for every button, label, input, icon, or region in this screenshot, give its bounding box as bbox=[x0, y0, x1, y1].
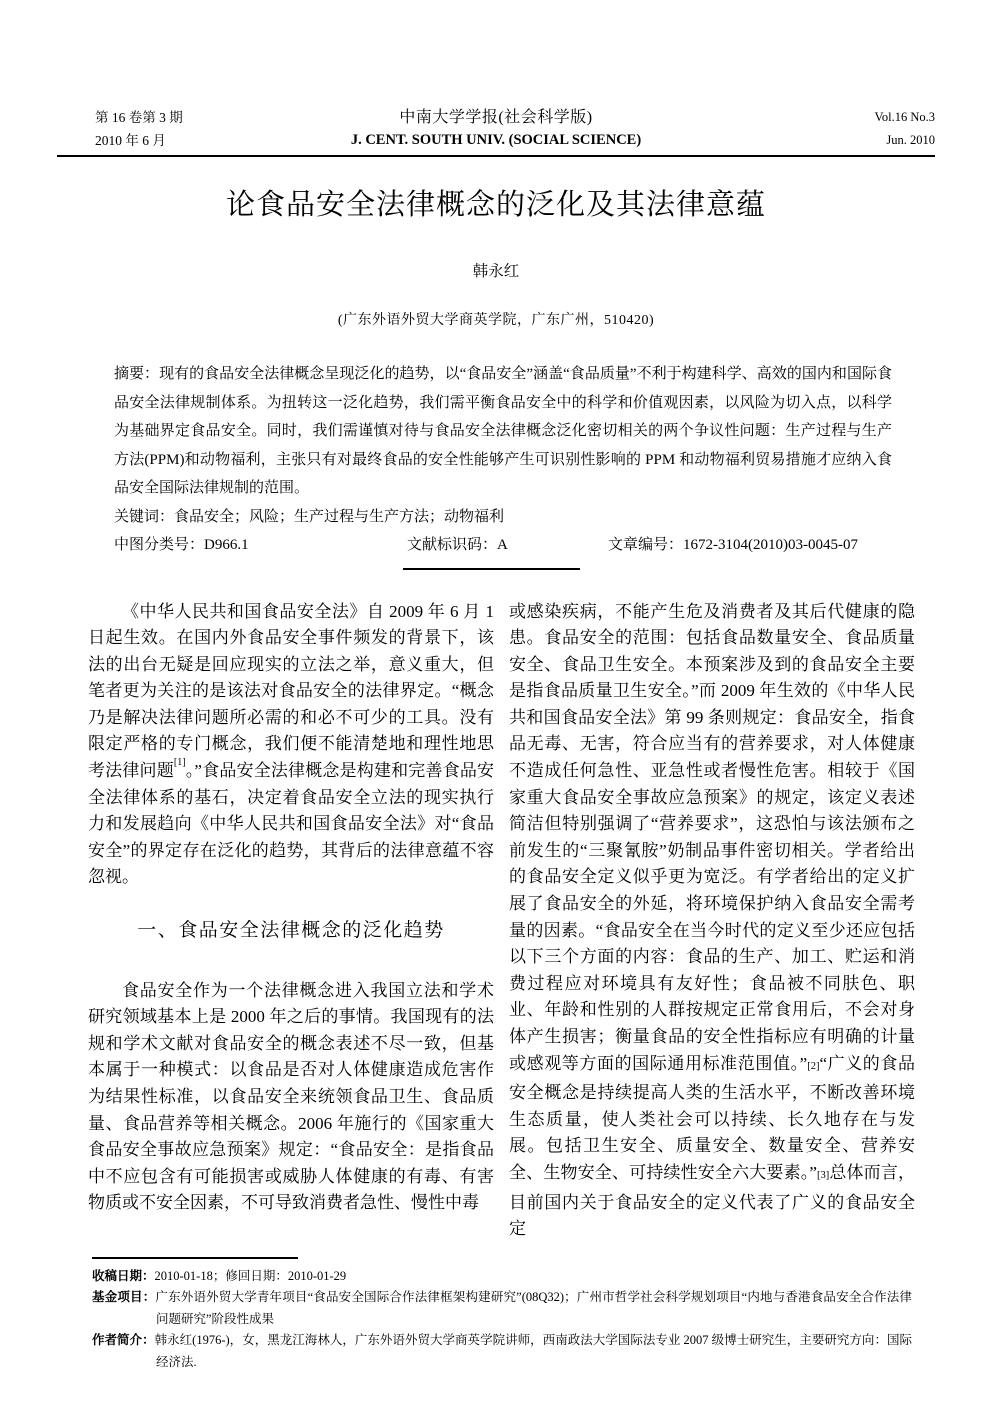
journal-article-page: 第 16 卷第 3 期 2010 年 6 月 中南大学学报(社会科学版) J. … bbox=[0, 0, 992, 1404]
footnote-divider bbox=[92, 1257, 298, 1259]
article-author: 韩永红 bbox=[0, 259, 992, 281]
keywords-line: 关键词：食品安全；风险；生产过程与生产方法；动物福利 bbox=[114, 503, 892, 532]
received-text: 2010-01-18；修回日期：2010-01-29 bbox=[155, 1269, 347, 1283]
citation-ref-1: [1] bbox=[174, 757, 186, 768]
fund-label: 基金项目： bbox=[92, 1290, 155, 1304]
body-columns: 《中华人民共和国食品安全法》自 2009 年 6 月 1 日起生效。在国内外食品… bbox=[88, 599, 915, 1243]
footnote-author-bio: 作者简介：韩永红(1976-)，女，黑龙江海林人，广东外语外贸大学商英学院讲师，… bbox=[92, 1330, 912, 1373]
article-title: 论食品安全法律概念的泛化及其法律意蕴 bbox=[0, 182, 992, 223]
citation-ref-3: [3] bbox=[817, 1170, 829, 1181]
issue-date-cn: 2010 年 6 月 bbox=[95, 129, 227, 152]
paragraph-section1: 食品安全作为一个法律概念进入我国立法和学术研究领域基本上是 2000 年之后的事… bbox=[88, 978, 494, 1217]
issue-date-en: Jun. 2010 bbox=[765, 129, 935, 152]
journal-name-cn: 中南大学学报(社会科学版) bbox=[227, 106, 765, 129]
author-affiliation: (广东外语外贸大学商英学院，广东广州，510420) bbox=[0, 309, 992, 329]
bio-label: 作者简介： bbox=[92, 1333, 155, 1347]
masthead-volume-block: Vol.16 No.3 Jun. 2010 bbox=[765, 106, 935, 152]
bio-text: 韩永红(1976-)，女，黑龙江海林人，广东外语外贸大学商英学院讲师，西南政法大… bbox=[155, 1333, 912, 1369]
paragraph-intro: 《中华人民共和国食品安全法》自 2009 年 6 月 1 日起生效。在国内外食品… bbox=[88, 599, 494, 892]
journal-masthead: 第 16 卷第 3 期 2010 年 6 月 中南大学学报(社会科学版) J. … bbox=[57, 106, 935, 152]
citation-ref-2: [2] bbox=[807, 1061, 819, 1072]
volume-number-en: Vol.16 No.3 bbox=[765, 106, 935, 129]
footnote-received: 收稿日期：2010-01-18；修回日期：2010-01-29 bbox=[92, 1266, 912, 1288]
continued-text-1: 或感染疾病，不能产生危及消费者及其后代健康的隐患。食品安全的范围：包括食品数量安… bbox=[509, 602, 915, 1073]
issue-number-cn: 第 16 卷第 3 期 bbox=[95, 106, 227, 129]
journal-name-en: J. CENT. SOUTH UNIV. (SOCIAL SCIENCE) bbox=[227, 129, 765, 152]
paragraph-continued: 或感染疾病，不能产生危及消费者及其后代健康的隐患。食品安全的范围：包括食品数量安… bbox=[509, 599, 915, 1243]
abstract-text: 摘要：现有的食品安全法律概念呈现泛化的趋势，以“食品安全”涵盖“食品质量”不利于… bbox=[114, 360, 892, 503]
left-column: 《中华人民共和国食品安全法》自 2009 年 6 月 1 日起生效。在国内外食品… bbox=[88, 599, 494, 1243]
footnote-fund: 基金项目：广东外语外贸大学青年项目“食品安全国际合作法律框架构建研究”(08Q3… bbox=[92, 1287, 912, 1330]
masthead-issue-block: 第 16 卷第 3 期 2010 年 6 月 bbox=[57, 106, 227, 152]
masthead-title-block: 中南大学学报(社会科学版) J. CENT. SOUTH UNIV. (SOCI… bbox=[227, 106, 765, 152]
fund-text: 广东外语外贸大学青年项目“食品安全国际合作法律框架构建研究”(08Q32)；广州… bbox=[155, 1290, 912, 1326]
abstract-divider bbox=[403, 568, 580, 570]
masthead-divider bbox=[57, 155, 935, 157]
classification-row: 中图分类号：D966.1 文献标识码：A 文章编号：1672-3104(2010… bbox=[114, 531, 892, 560]
footnote-block: 收稿日期：2010-01-18；修回日期：2010-01-29 基金项目：广东外… bbox=[92, 1257, 912, 1374]
clc-number: 中图分类号：D966.1 bbox=[114, 531, 407, 560]
right-column: 或感染疾病，不能产生危及消费者及其后代健康的隐患。食品安全的范围：包括食品数量安… bbox=[509, 599, 915, 1243]
received-label: 收稿日期： bbox=[92, 1269, 155, 1283]
intro-text-1: 《中华人民共和国食品安全法》自 2009 年 6 月 1 日起生效。在国内外食品… bbox=[88, 602, 494, 781]
article-id: 文章编号：1672-3104(2010)03-0045-07 bbox=[608, 531, 858, 560]
document-code: 文献标识码：A bbox=[407, 531, 608, 560]
abstract-block: 摘要：现有的食品安全法律概念呈现泛化的趋势，以“食品安全”涵盖“食品质量”不利于… bbox=[114, 360, 892, 560]
section-heading-1: 一、食品安全法律概念的泛化趋势 bbox=[88, 918, 494, 945]
